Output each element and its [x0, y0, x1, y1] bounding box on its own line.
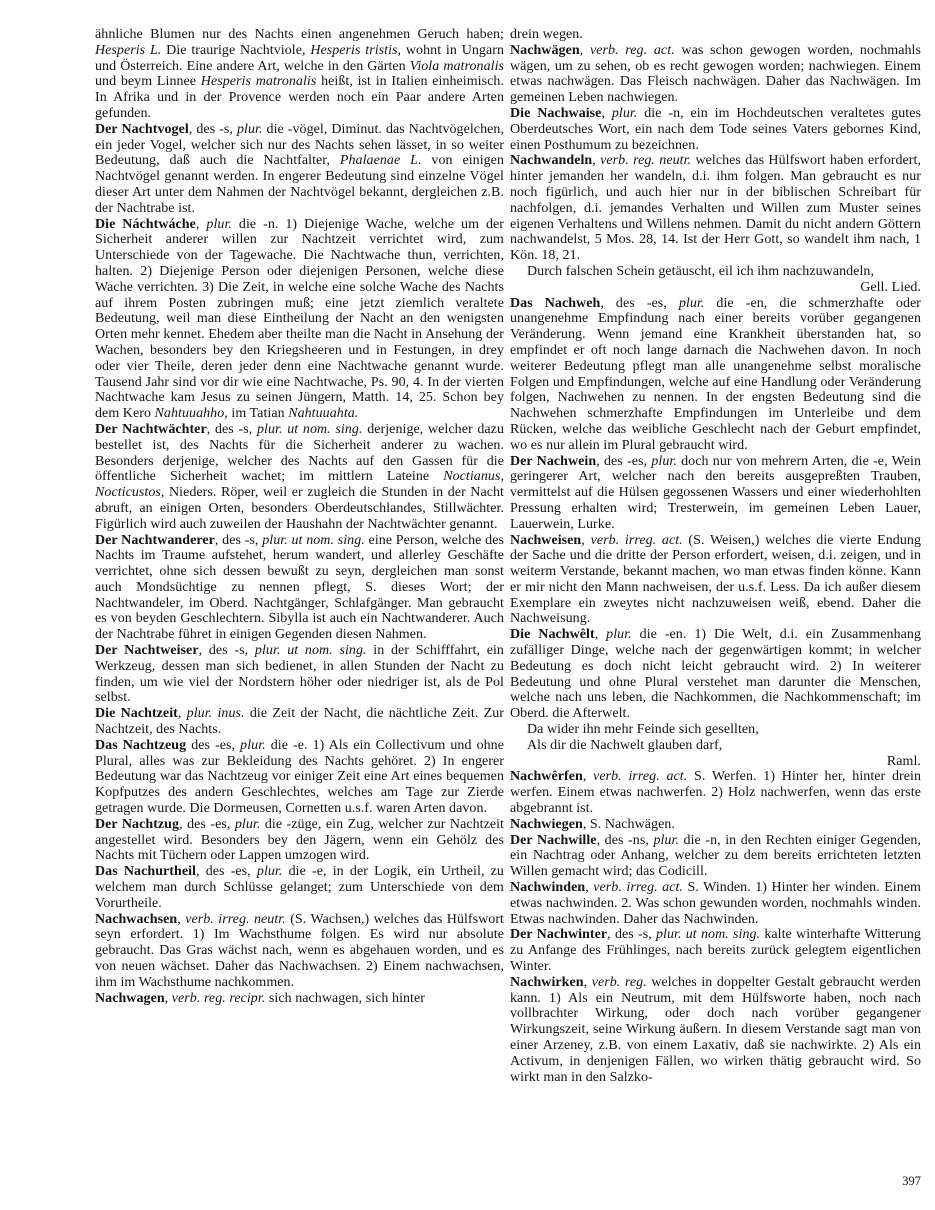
body-text: , — [583, 769, 593, 784]
italic-text: plur. inus. — [187, 706, 245, 721]
italic-text: plur. — [235, 817, 261, 832]
entry-headword: Der Nachtweiser — [95, 643, 199, 658]
entry-headword: Nachwägen — [510, 43, 580, 58]
dictionary-entry: Das Nachtzeug des -es, plur. die -e. 1) … — [95, 738, 504, 817]
body-text: , — [581, 533, 590, 548]
dictionary-entry: Der Nachtwanderer, des -s, plur. ut nom.… — [95, 533, 504, 644]
italic-text: plur. — [206, 217, 232, 232]
dictionary-entry: Die Nachtzeit, plur. inus. die Zeit der … — [95, 706, 504, 738]
entry-headword: Nachwandeln — [510, 153, 592, 168]
italic-text: plur. ut nom. sing. — [262, 533, 365, 548]
body-text: welches in doppelter Gestalt gebraucht w… — [510, 975, 921, 1085]
body-text: , — [601, 106, 611, 121]
verse-line: Als dir die Nachwelt glauben darf, — [510, 738, 921, 754]
body-text: Die traurige Nachtviole, — [161, 43, 310, 58]
italic-text: Phalaenae L. — [340, 153, 422, 168]
italic-text: plur. — [237, 122, 263, 137]
body-text: , des -s, — [189, 122, 237, 137]
body-text: , des -s, — [199, 643, 255, 658]
body-text: die -en, die schmerzhafte oder unangeneh… — [510, 296, 921, 453]
dictionary-entry: Nachwinden, verb. irreg. act. S. Winden.… — [510, 880, 921, 927]
dictionary-entry: Die Nachwaise, plur. die -n, ein im Hoch… — [510, 106, 921, 153]
dictionary-entry: Das Nachweh, des -es, plur. die -en, die… — [510, 296, 921, 454]
dictionary-entry: Das Nachurtheil, des -es, plur. die -e, … — [95, 864, 504, 911]
entry-headword: Das Nachweh — [510, 296, 600, 311]
body-text: und beym Linnee — [95, 74, 201, 89]
italic-text: Hesperis matronalis — [201, 74, 317, 89]
entry-headword: Nachwirken — [510, 975, 584, 990]
entry-headword: Der Nachtvogel — [95, 122, 189, 137]
italic-text: verb. irreg. act. — [593, 880, 683, 895]
body-text: , des -s, — [607, 927, 656, 942]
body-text: , — [165, 991, 172, 1006]
page-number: 397 — [510, 1174, 921, 1188]
dictionary-entry: Nachwägen, verb. reg. act. was schon gew… — [510, 43, 921, 106]
entry-headword: Das Nachurtheil — [95, 864, 196, 879]
body-text: , — [595, 627, 606, 642]
dictionary-entry: Der Nachtvogel, des -s, plur. die -vögel… — [95, 122, 504, 217]
dictionary-entry: Nachwandeln, verb. reg. neutr. welches d… — [510, 153, 921, 264]
dictionary-entry: Nachwachsen, verb. irreg. neutr. (S. Wac… — [95, 912, 504, 991]
entry-headword: Nachwinden — [510, 880, 585, 895]
dictionary-entry: Nachwiegen, S. Nachwägen. — [510, 817, 921, 833]
italic-text: plur. ut nom. sing. — [656, 927, 760, 942]
italic-text: Viola matronalis — [410, 59, 504, 74]
body-text: , S. Nachwägen. — [583, 817, 675, 832]
italic-text: plur. — [612, 106, 638, 121]
verse-line: Durch falschen Schein getäuscht, eil ich… — [510, 264, 921, 280]
entry-headword: Der Nachtwanderer — [95, 533, 215, 548]
text-paragraph: drein wegen. — [510, 27, 921, 43]
body-text: , des -es, — [196, 864, 257, 879]
dictionary-entry: Der Nachwille, des -ns, plur. die -n, in… — [510, 833, 921, 880]
dictionary-entry: Der Nachwein, des -es, plur. doch nur vo… — [510, 454, 921, 533]
dictionary-entry: Nachweisen, verb. irreg. act. (S. Weisen… — [510, 533, 921, 628]
body-text: , des -ns, — [597, 833, 654, 848]
entry-headword: Nachwiegen — [510, 817, 583, 832]
body-text: , — [196, 217, 207, 232]
body-text: Durch falschen Schein getäuscht, eil ich… — [527, 264, 874, 279]
body-text: , des -s, — [207, 422, 257, 437]
body-text: die -n. 1) Diejenige Wache, welche um de… — [95, 217, 504, 422]
italic-text: Hesperis tristis, — [310, 43, 401, 58]
right-column: drein wegen.Nachwägen, verb. reg. act. w… — [510, 27, 921, 1085]
italic-text: plur. — [606, 627, 632, 642]
body-text: des -es, — [186, 738, 240, 753]
italic-text: plur. — [653, 833, 679, 848]
italic-text: verb. irreg. neutr. — [185, 912, 286, 927]
body-text: , — [580, 43, 590, 58]
body-text: im Tatian — [228, 406, 288, 421]
body-text: Da wider ihn mehr Feinde sich gesellten, — [527, 722, 759, 737]
dictionary-entry: Der Nachwinter, des -s, plur. ut nom. si… — [510, 927, 921, 974]
dictionary-entry: Nachwêrfen, verb. irreg. act. S. Werfen.… — [510, 769, 921, 816]
italic-text: Hesperis L. — [95, 43, 161, 58]
entry-headword: Nachwagen — [95, 991, 165, 1006]
entry-headword: Nachwêrfen — [510, 769, 583, 784]
body-text: eine Person, welche des Nachts im Traume… — [95, 533, 504, 643]
entry-headword: Das Nachtzeug — [95, 738, 186, 753]
body-text: , des -es, — [179, 817, 235, 832]
entry-headword: Der Nachwein — [510, 454, 596, 469]
italic-text: verb. reg. act. — [590, 43, 675, 58]
entry-headword: Der Nachwinter — [510, 927, 607, 942]
quote-attribution: Gell. Lied. — [510, 280, 921, 296]
body-text: sich nachwagen, sich hinter — [265, 991, 425, 1006]
italic-text: Nahtuuahho, — [155, 406, 228, 421]
dictionary-entry: Nachwagen, verb. reg. recipr. sich nachw… — [95, 991, 504, 1007]
italic-text: Nahtuuahta. — [288, 406, 358, 421]
italic-text: plur. — [257, 864, 283, 879]
italic-text: verb. irreg. act. — [593, 769, 687, 784]
dictionary-entry: Nachwirken, verb. reg. welches in doppel… — [510, 975, 921, 1086]
italic-text: verb. irreg. act. — [591, 533, 683, 548]
italic-text: plur. — [679, 296, 705, 311]
entry-headword: Die Nachwaise — [510, 106, 601, 121]
italic-text: verb. reg. recipr. — [172, 991, 266, 1006]
body-text: welches das Hülfswort haben erfordert, h… — [510, 153, 921, 263]
left-column: ähnliche Blumen nur des Nachts einen ang… — [95, 27, 504, 1006]
body-text: , — [584, 975, 592, 990]
italic-text: plur. ut nom. sing. — [257, 422, 363, 437]
body-text: , — [178, 706, 187, 721]
italic-text: verb. reg. — [592, 975, 647, 990]
italic-text: plur. — [651, 454, 677, 469]
body-text: Gell. Lied. — [860, 280, 921, 295]
entry-headword: Die Nachtzeit — [95, 706, 178, 721]
quote-attribution: Raml. — [510, 754, 921, 770]
entry-headword: Der Nachwille — [510, 833, 597, 848]
italic-text: plur. ut nom. sing. — [255, 643, 367, 658]
body-text: drein wegen. — [510, 27, 583, 42]
body-text: Als dir die Nachwelt glauben darf, — [527, 738, 722, 753]
body-text: ähnliche Blumen nur des Nachts einen ang… — [95, 27, 504, 42]
dictionary-entry: Der Nachtweiser, des -s, plur. ut nom. s… — [95, 643, 504, 706]
entry-headword: Der Nachtzug — [95, 817, 179, 832]
entry-headword: Die Nachwêlt — [510, 627, 595, 642]
body-text: , des -s, — [215, 533, 262, 548]
body-text: , des -es, — [596, 454, 651, 469]
entry-headword: Nachweisen — [510, 533, 581, 548]
dictionary-entry: Die Nachwêlt, plur. die -en. 1) Die Welt… — [510, 627, 921, 722]
verse-line: Da wider ihn mehr Feinde sich gesellten, — [510, 722, 921, 738]
entry-headword: Nachwachsen — [95, 912, 177, 927]
italic-text: plur. — [240, 738, 266, 753]
dictionary-entry: Die Náchtwáche, plur. die -n. 1) Diejeni… — [95, 217, 504, 422]
dictionary-entry: Der Nachtwächter, des -s, plur. ut nom. … — [95, 422, 504, 533]
body-text: Raml. — [887, 754, 921, 769]
text-paragraph: ähnliche Blumen nur des Nachts einen ang… — [95, 27, 504, 122]
body-text: , — [592, 153, 600, 168]
italic-text: verb. reg. neutr. — [600, 153, 691, 168]
dictionary-entry: Der Nachtzug, des -es, plur. die -züge, … — [95, 817, 504, 864]
entry-headword: Die Náchtwáche — [95, 217, 196, 232]
body-text: , des -es, — [600, 296, 679, 311]
entry-headword: Der Nachtwächter — [95, 422, 207, 437]
